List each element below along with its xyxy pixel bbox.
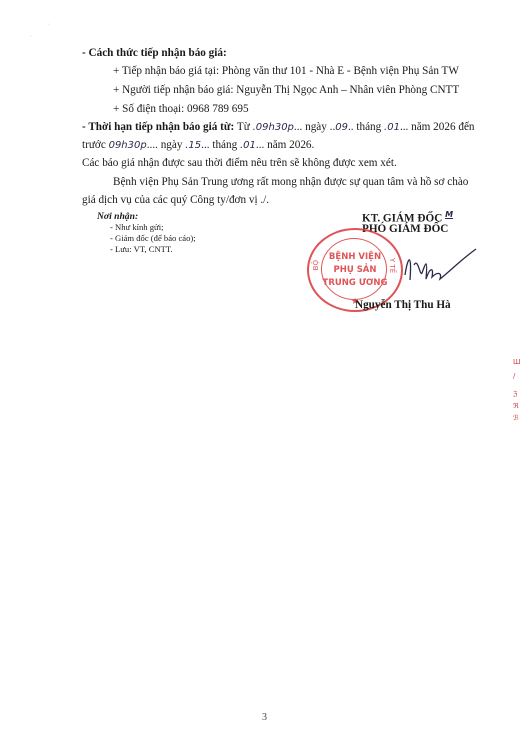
deadline-from-day-label: ... ngày .. (294, 121, 335, 133)
deadline-from-month: .01 (384, 122, 400, 133)
scan-speck: · (48, 22, 50, 28)
page-number: 3 (262, 711, 267, 725)
stamp-side-right: Y TẾ (388, 258, 396, 273)
deadline-to-time: 09h30p (109, 140, 147, 151)
closing-line-2: giá dịch vụ của các quý Công ty/đơn vị .… (82, 193, 269, 207)
deadline-note: Các báo giá nhận được sau thời điểm nêu … (82, 156, 397, 170)
margin-mark: ℨ (513, 390, 517, 398)
margin-mark: / (513, 372, 515, 380)
deadline-heading: - Thời hạn tiếp nhận báo giá từ: (82, 121, 234, 133)
scan-speck: · (30, 34, 32, 40)
margin-mark: Ш (513, 358, 521, 366)
margin-mark: ℜ (513, 402, 519, 410)
reception-location: + Tiếp nhận báo giá tại: Phòng văn thư 1… (113, 64, 459, 78)
stamp-line: TRUNG ƯƠNG (309, 278, 401, 289)
initial-mark: M (445, 210, 453, 219)
reception-method-heading: - Cách thức tiếp nhận báo giá: (82, 46, 227, 60)
deadline-to-prefix: trước (82, 139, 106, 151)
deadline-to-day-label: .... ngày (147, 139, 183, 151)
handwritten-signature (400, 245, 480, 295)
recipient-item: - Giám đốc (để báo cáo); (110, 233, 196, 244)
stamp-side-left: BỘ (312, 260, 320, 270)
deadline-from-year: ... năm 2026 đến (400, 121, 475, 133)
margin-mark: ℬ (513, 414, 519, 422)
deadline-from-prefix: Từ (237, 121, 250, 133)
deadline-from-month-label: .. tháng (348, 121, 381, 133)
closing-line-1: Bệnh viện Phụ Sản Trung ương rất mong nh… (113, 175, 468, 189)
deadline-line-2: trước 09h30p.... ngày .15... tháng .01..… (82, 138, 314, 153)
deadline-to-year: ... năm 2026. (256, 139, 314, 151)
deadline-from-day: 09 (335, 122, 348, 133)
deadline-line-1: - Thời hạn tiếp nhận báo giá từ: Từ .09h… (82, 120, 475, 135)
signer-name: Nguyễn Thị Thu Hà (355, 298, 451, 312)
deadline-from-time: .09h30p (253, 122, 294, 133)
reception-phone: + Số điện thoại: 0968 789 695 (113, 102, 249, 116)
deadline-to-day: .15 (185, 140, 201, 151)
recipient-item: - Lưu: VT, CNTT. (110, 244, 173, 255)
deadline-to-month-label: ... tháng (201, 139, 237, 151)
reception-person: + Người tiếp nhận báo giá: Nguyễn Thị Ng… (113, 83, 459, 97)
deadline-to-month: .01 (240, 140, 256, 151)
recipient-item: - Như kính gửi; (110, 222, 163, 233)
